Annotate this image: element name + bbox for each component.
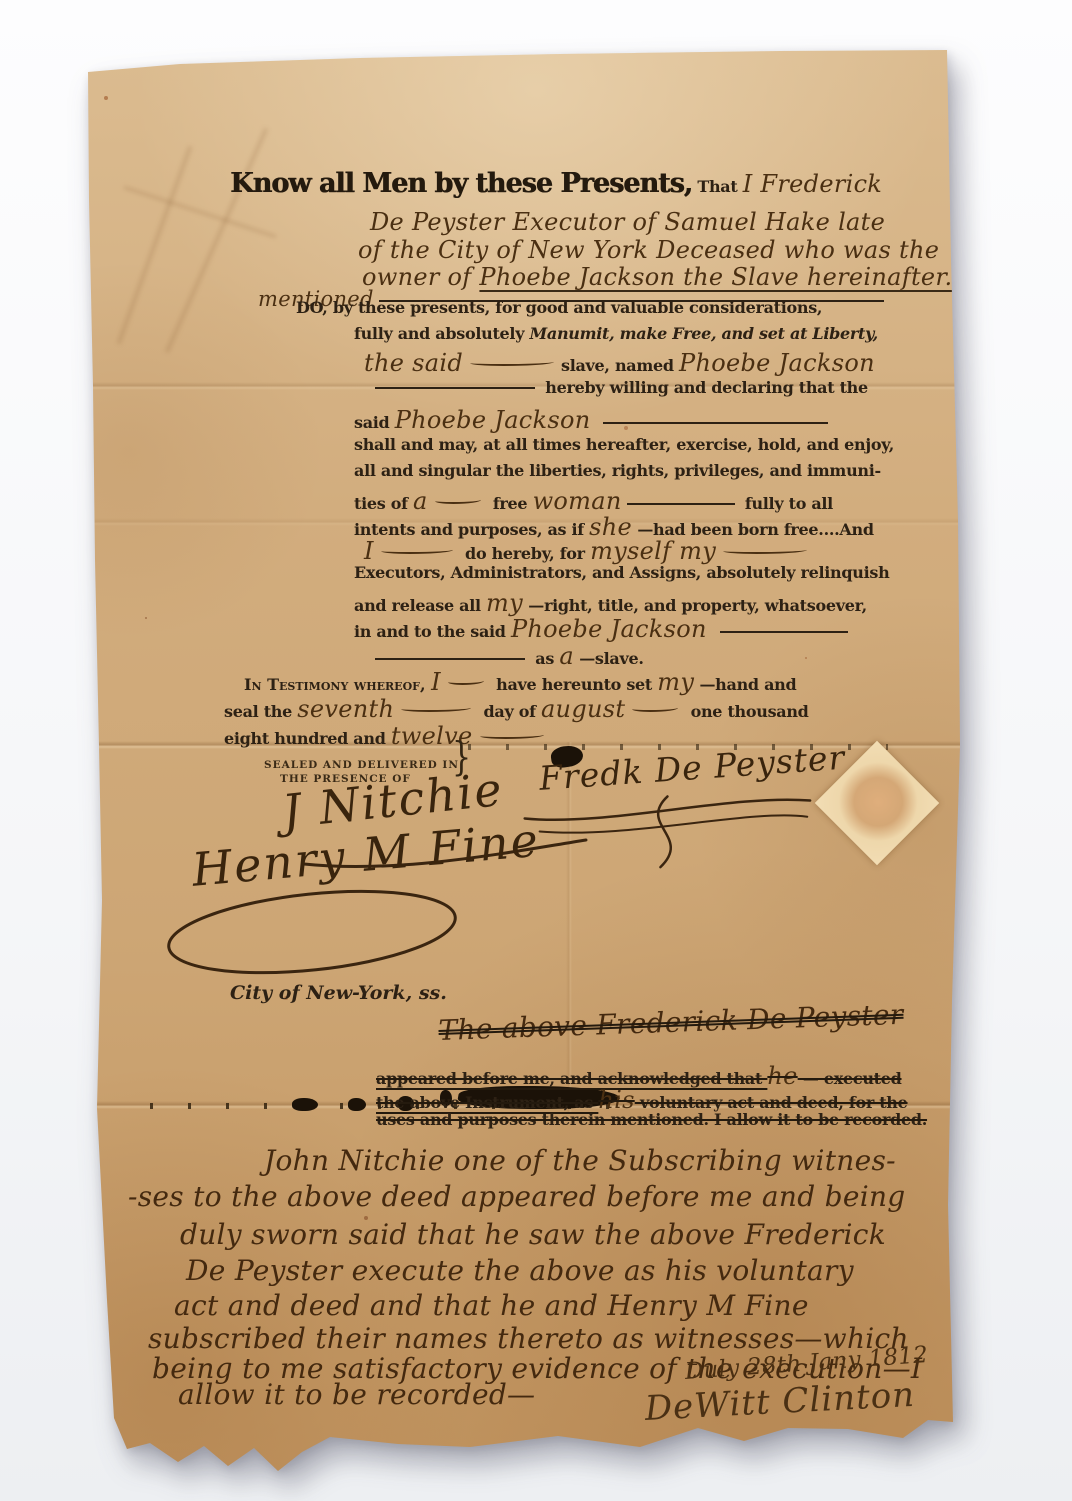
text-run-pr: and release all	[354, 596, 486, 615]
text-run-pr: all and singular the liberties, rights, …	[354, 461, 881, 480]
doc-line: In Testimony whereof, I have hereunto se…	[244, 670, 796, 695]
doc-line: -ses to the above deed appeared before m…	[128, 1182, 906, 1211]
doc-line: ties of a free woman fully to all	[354, 489, 833, 514]
text-run-hw: Phoebe Jackson	[511, 615, 715, 643]
text-run-pr: —hand and	[694, 675, 796, 694]
doc-line: De Peyster execute the above as his volu…	[186, 1256, 854, 1285]
text-run-hw: he	[767, 1062, 797, 1090]
doc-line: subscribed their names thereto as witnes…	[148, 1324, 909, 1353]
text-run-hw2: De Peyster execute the above as his volu…	[186, 1254, 854, 1287]
printed-rule	[720, 626, 848, 633]
signature-fine: Henry M Fine	[190, 816, 542, 895]
pen-squiggle	[632, 705, 678, 712]
text-run-hw2: act and deed and that he and Henry M Fin…	[174, 1289, 809, 1322]
doc-line: allow it to be recorded—	[178, 1380, 535, 1409]
doc-line: De Peyster Executor of Samuel Hake late	[370, 210, 885, 235]
venue-line: City of New-York, ss.	[230, 984, 447, 1004]
text-run-hw: Phoebe Jackson	[679, 349, 875, 377]
text-run-pr: —right, title, and property, whatsoever,	[523, 596, 867, 615]
text-run-pr: day of	[478, 702, 541, 721]
text-run-pr: as	[530, 649, 559, 668]
pen-squiggle	[381, 547, 453, 554]
text-run-hw2: subscribed their names thereto as witnes…	[148, 1322, 909, 1355]
text-run-pr: fully to all	[740, 494, 833, 513]
text-run-pr: free	[488, 494, 533, 513]
text-run-pr: uses and purposes therein mentioned. I a…	[376, 1110, 927, 1129]
text-run-hw2: duly sworn said that he saw the above Fr…	[180, 1218, 886, 1251]
text-run-pr: That	[692, 177, 743, 196]
text-run-pr: — executed	[798, 1069, 902, 1088]
printed-rule	[375, 382, 535, 389]
text-run-hw: I	[431, 668, 441, 696]
signature-clinton: DeWitt Clinton	[644, 1378, 916, 1428]
text-run-pr: hereby willing and declaring that the	[540, 378, 868, 397]
doc-line: in and to the said Phoebe Jackson	[354, 617, 853, 642]
text-run-hw: De Peyster Executor of Samuel Hake late	[370, 208, 885, 236]
text-run-pr: do hereby, for	[460, 544, 590, 563]
text-run-pri: Manumit, make Free, and set at Liberty,	[529, 324, 877, 343]
text-run-hw: I Frederick	[743, 170, 882, 198]
doc-line: I do hereby, for myself my	[364, 539, 814, 564]
text-run-hw: a	[413, 487, 428, 515]
text-run-hw: myself my	[590, 537, 716, 565]
doc-line: appeared before me, and acknowledged tha…	[376, 1064, 902, 1089]
doc-line: the saidslave, named Phoebe Jackson	[364, 351, 875, 376]
doc-line: owner of Phoebe Jackson the Slave herein…	[362, 265, 952, 290]
pen-squiggle	[435, 497, 481, 504]
text-run-hw2: The above Frederick De Peyster	[438, 998, 904, 1047]
document-paper: Know all Men by these Presents, That I F…	[0, 0, 1072, 1501]
doc-line: John Nitchie one of the Subscribing witn…	[264, 1146, 896, 1175]
doc-line: act and deed and that he and Henry M Fin…	[174, 1291, 809, 1320]
text-run-bl: Know all Men by these Presents,	[230, 168, 692, 199]
doc-line: shall and may, at all times hereafter, e…	[354, 437, 894, 454]
text-run-pr: eight hundred and	[224, 729, 391, 748]
text-run-pr: appeared before me, and acknowledged tha…	[376, 1069, 767, 1088]
text-run-pr: seal the	[224, 702, 297, 721]
text-run-pr: fully and absolutely	[354, 324, 529, 343]
text-run-hw2: allow it to be recorded—	[178, 1378, 535, 1411]
doc-line: uses and purposes therein mentioned. I a…	[376, 1112, 927, 1129]
struck-name: The above Frederick De Peyster	[438, 1000, 904, 1046]
text-run-hw: owner of	[362, 263, 479, 291]
text-run-hw: seventh	[297, 695, 394, 723]
text-run-pr: —slave.	[574, 649, 644, 668]
text-run-pr: slave, named	[561, 356, 679, 375]
text-run-hw2: John Nitchie one of the Subscribing witn…	[264, 1144, 896, 1177]
doc-line: Executors, Administrators, and Assigns, …	[354, 565, 889, 582]
printed-rule	[375, 653, 525, 660]
text-run-pr: said	[354, 413, 395, 432]
text-run-pr: have hereunto set	[491, 675, 657, 694]
doc-line: fully and absolutely Manumit, make Free,…	[354, 326, 878, 343]
doc-line: of the City of New York Deceased who was…	[358, 238, 939, 263]
text-run-hw: the said	[364, 349, 463, 377]
doc-line: all and singular the liberties, rights, …	[354, 463, 881, 480]
doc-line: seal the seventh day of august one thous…	[224, 697, 809, 722]
doc-lines: Know all Men by these Presents, That I F…	[0, 0, 1072, 1501]
doc-line: as a —slave.	[370, 644, 644, 669]
scan-background: Know all Men by these Presents, That I F…	[0, 0, 1072, 1501]
text-run-hw2: -ses to the above deed appeared before m…	[128, 1180, 906, 1213]
doc-line: and release all my —right, title, and pr…	[354, 591, 867, 616]
text-run-pri2: City of New-York, ss.	[230, 982, 447, 1004]
text-run-hw: my	[657, 668, 694, 696]
pen-squiggle	[401, 705, 471, 712]
text-run-pr: DO, by these presents, for good and valu…	[296, 298, 822, 317]
text-run-pr: in and to the said	[354, 622, 511, 641]
pen-squiggle	[470, 359, 554, 366]
pen-squiggle	[448, 678, 484, 685]
pen-squiggle	[723, 547, 807, 554]
text-run-hw: a	[559, 642, 574, 670]
text-run-hw: Phoebe Jackson	[395, 406, 599, 434]
doc-line: eight hundred and twelve	[224, 724, 551, 749]
text-run-hw: Phoebe Jackson the Slave hereinafter.	[479, 263, 952, 291]
text-run-pr: ties of	[354, 494, 413, 513]
text-run-pr: Executors, Administrators, and Assigns, …	[354, 563, 889, 582]
doc-line: said Phoebe Jackson	[354, 408, 833, 433]
printed-rule	[627, 498, 735, 505]
text-run-sc: In Testimony whereof,	[244, 675, 431, 694]
doc-line: duly sworn said that he saw the above Fr…	[180, 1220, 886, 1249]
text-run-hw: of the City of New York Deceased who was…	[358, 236, 939, 264]
text-run-pr: intents and purposes, as if	[354, 520, 589, 539]
printed-rule	[603, 417, 828, 424]
paper-shadow: Know all Men by these Presents, That I F…	[0, 0, 1072, 1501]
text-run-pr: shall and may, at all times hereafter, e…	[354, 435, 894, 454]
text-run-hw: woman	[533, 487, 622, 515]
text-run-sig1: Fredk De Peyster	[538, 738, 847, 798]
text-run-hw: my	[486, 589, 523, 617]
doc-line: DO, by these presents, for good and valu…	[296, 300, 822, 317]
doc-line: hereby willing and declaring that the	[370, 380, 868, 397]
text-run-pr: one thousand	[685, 702, 808, 721]
text-run-hw: I	[364, 537, 374, 565]
signature-de-peyster: Fredk De Peyster	[538, 741, 846, 797]
text-run-hw: august	[541, 695, 625, 723]
pen-squiggle	[480, 732, 544, 739]
header-line: Know all Men by these Presents, That I F…	[230, 170, 882, 198]
